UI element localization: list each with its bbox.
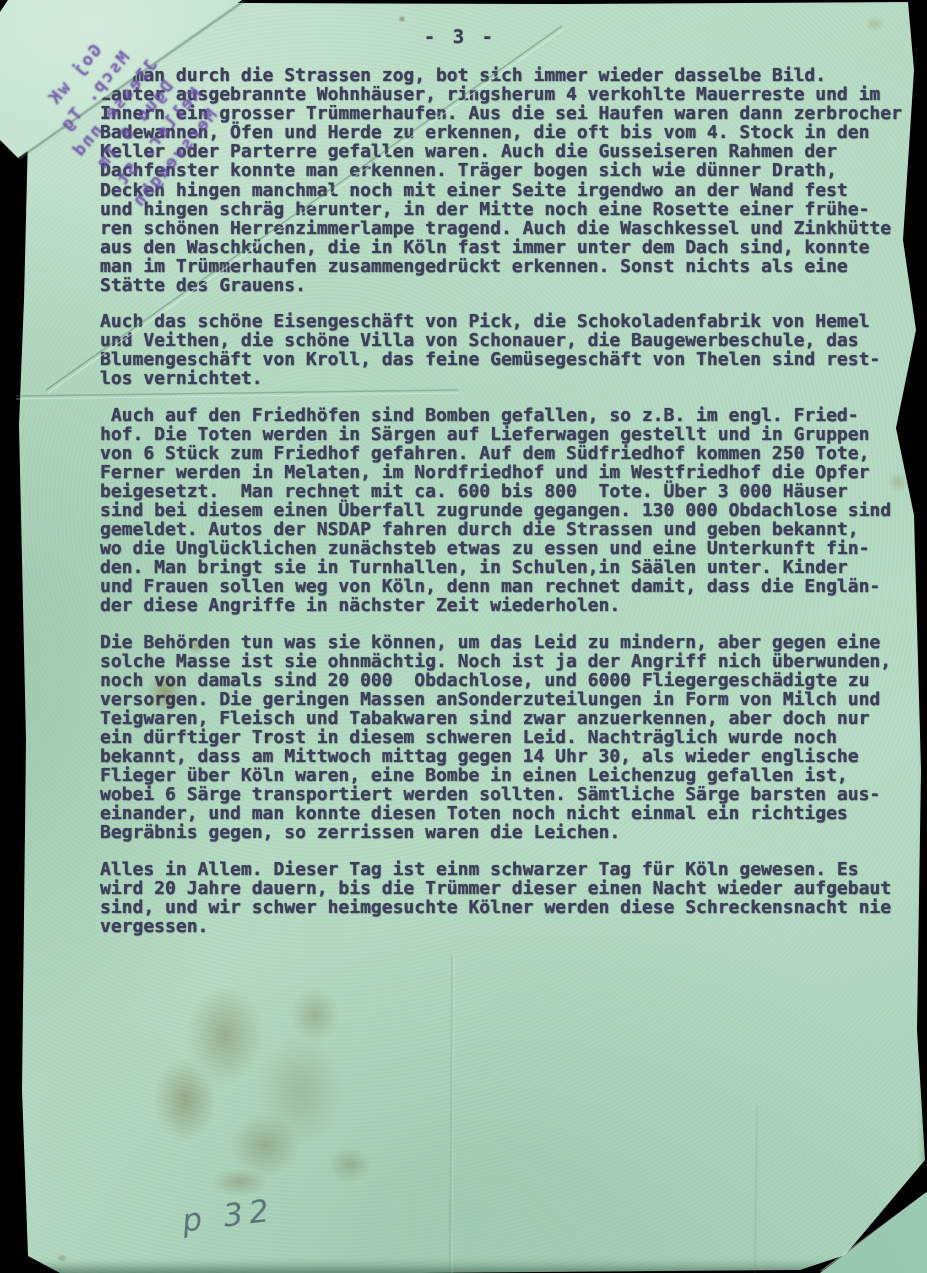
page-number: - 3 - <box>380 26 540 48</box>
paragraph-destroyed-shops: Auch das schöne Eisengeschäft von Pick, … <box>100 312 924 388</box>
paragraph-authorities: Die Behörden tun was sie können, um das … <box>100 633 924 843</box>
paragraph-ruins: mm man durch die Strassen zog, bot sich … <box>100 66 924 295</box>
document-body: mm man durch die Strassen zog, bot sich … <box>100 66 924 953</box>
paragraph-closing: Alles in Allem. Dieser Tag ist einm schw… <box>100 860 924 936</box>
paragraph-cemeteries: Auch auf den Friedhöfen sind Bomben gefa… <box>100 406 924 616</box>
scan-canvas: - 3 - mm man durch die Strassen zog, bot… <box>0 0 927 1273</box>
pencil-annotation: p 32 <box>180 1192 277 1239</box>
document-page: - 3 - mm man durch die Strassen zog, bot… <box>0 0 927 1273</box>
